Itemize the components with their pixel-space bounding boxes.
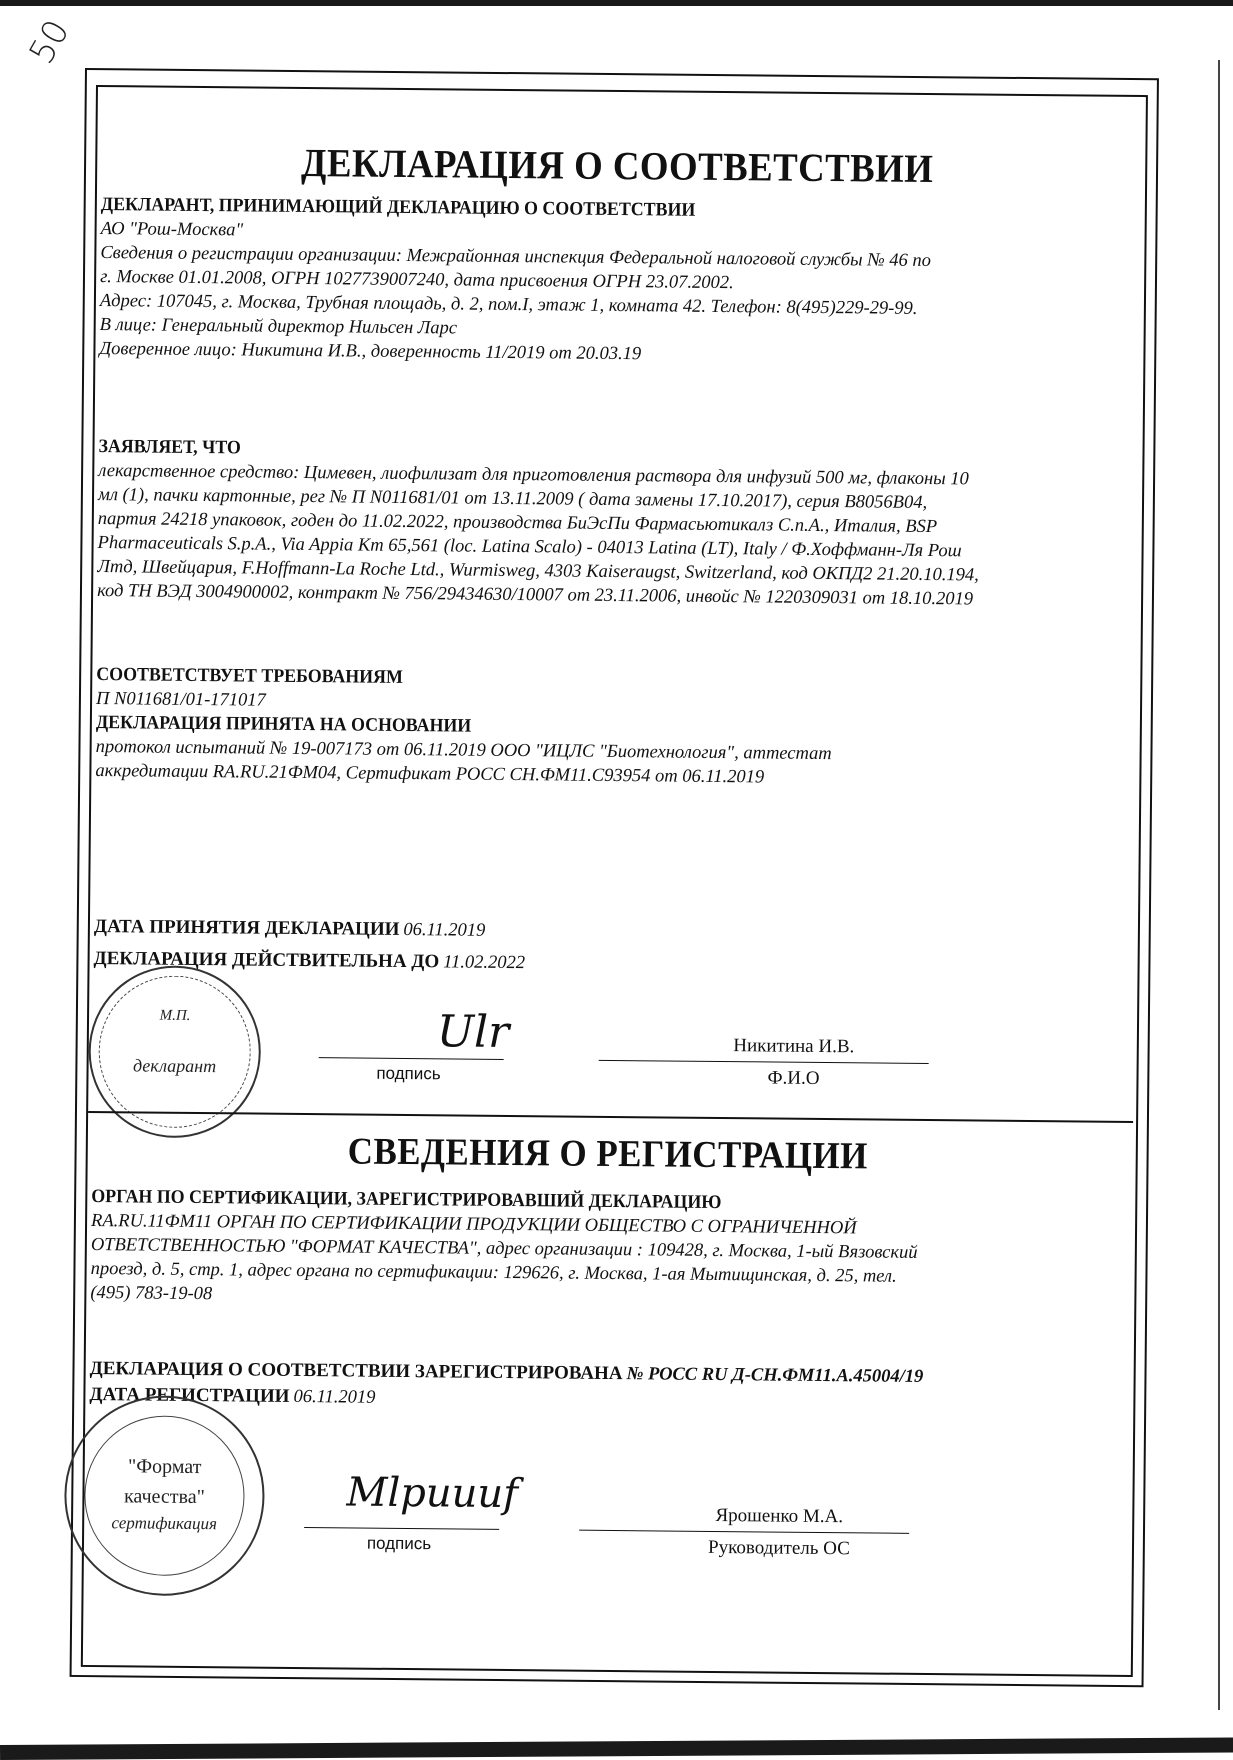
certification-body-stamp: "Формат качества" сертификация <box>64 1395 266 1597</box>
handwritten-page-number: 50 <box>21 13 77 70</box>
declarant-signature: Ulr <box>437 1006 510 1058</box>
scan-right-edge <box>1218 60 1220 1710</box>
stamp-mp-text: М.П. <box>91 1007 259 1026</box>
registration-title: СВЕДЕНИЯ О РЕГИСТРАЦИИ <box>129 1127 1086 1180</box>
stamp-format-text: "Формат <box>67 1455 263 1480</box>
certification-signature-line <box>304 1527 499 1530</box>
valid-until-label: ДЕКЛАРАЦИЯ ДЕЙСТВИТЕЛЬНА ДО <box>94 948 440 972</box>
requirements-section: СООТВЕТСТВУЕТ ТРЕБОВАНИЯМ П N011681/01-1… <box>95 663 1106 793</box>
scan-bottom-edge <box>0 1737 1233 1760</box>
registration-number: № РОСС RU Д-CH.ФМ11.A.45004/19 <box>626 1364 923 1387</box>
declarant-section: ДЕКЛАРАНТ, ПРИНИМАЮЩИЙ ДЕКЛАРАЦИЮ О СООТ… <box>99 193 1111 371</box>
declarant-signature-label: подпись <box>348 1063 468 1084</box>
acceptance-date-label: ДАТА ПРИНЯТИЯ ДЕКЛАРАЦИИ <box>94 916 400 940</box>
valid-until-row: ДЕКЛАРАЦИЯ ДЕЙСТВИТЕЛЬНА ДО 11.02.2022 <box>93 947 1103 981</box>
stamp-certification-text: сертификация <box>66 1513 262 1535</box>
acceptance-date-value: 06.11.2019 <box>403 920 485 941</box>
stamp-quality-text: качества" <box>66 1485 262 1510</box>
section-divider <box>88 1111 1133 1123</box>
declarant-name: Никитина И.В. <box>679 1035 909 1059</box>
registered-label: ДЕКЛАРАЦИЯ О СООТВЕТСТВИИ ЗАРЕГИСТРИРОВА… <box>90 1358 623 1384</box>
valid-until-value: 11.02.2022 <box>443 952 525 973</box>
stamp-inner-ring <box>98 975 251 1128</box>
certification-signature-label: подпись <box>339 1533 459 1554</box>
acceptance-date-row: ДАТА ПРИНЯТИЯ ДЕКЛАРАЦИИ 06.11.2019 <box>94 915 1104 949</box>
scan-top-edge <box>0 0 1233 6</box>
stamp-declarant-text: декларант <box>90 1055 258 1078</box>
registration-date-value: 06.11.2019 <box>293 1387 375 1408</box>
states-section: ЗАЯВЛЯЕТ, ЧТО лекарственное средство: Ци… <box>97 435 1109 613</box>
certification-head-name: Ярошенко М.А. <box>664 1505 894 1529</box>
certification-body-section: ОРГАН ПО СЕРТИФИКАЦИИ, ЗАРЕГИСТРИРОВАВШИ… <box>90 1185 1101 1315</box>
certification-signature: Mlpuuuf <box>346 1469 518 1517</box>
declarant-name-label: Ф.И.О <box>678 1067 908 1091</box>
document-page: ДЕКЛАРАЦИЯ О СООТВЕТСТВИИ ДЕКЛАРАНТ, ПРИ… <box>83 85 1138 1675</box>
document-title: ДЕКЛАРАЦИЯ О СООТВЕТСТВИИ <box>139 137 1096 193</box>
certification-head-role: Руководитель ОС <box>664 1537 894 1561</box>
certification-head-name-line <box>579 1530 909 1534</box>
declarant-name-line <box>599 1060 929 1064</box>
